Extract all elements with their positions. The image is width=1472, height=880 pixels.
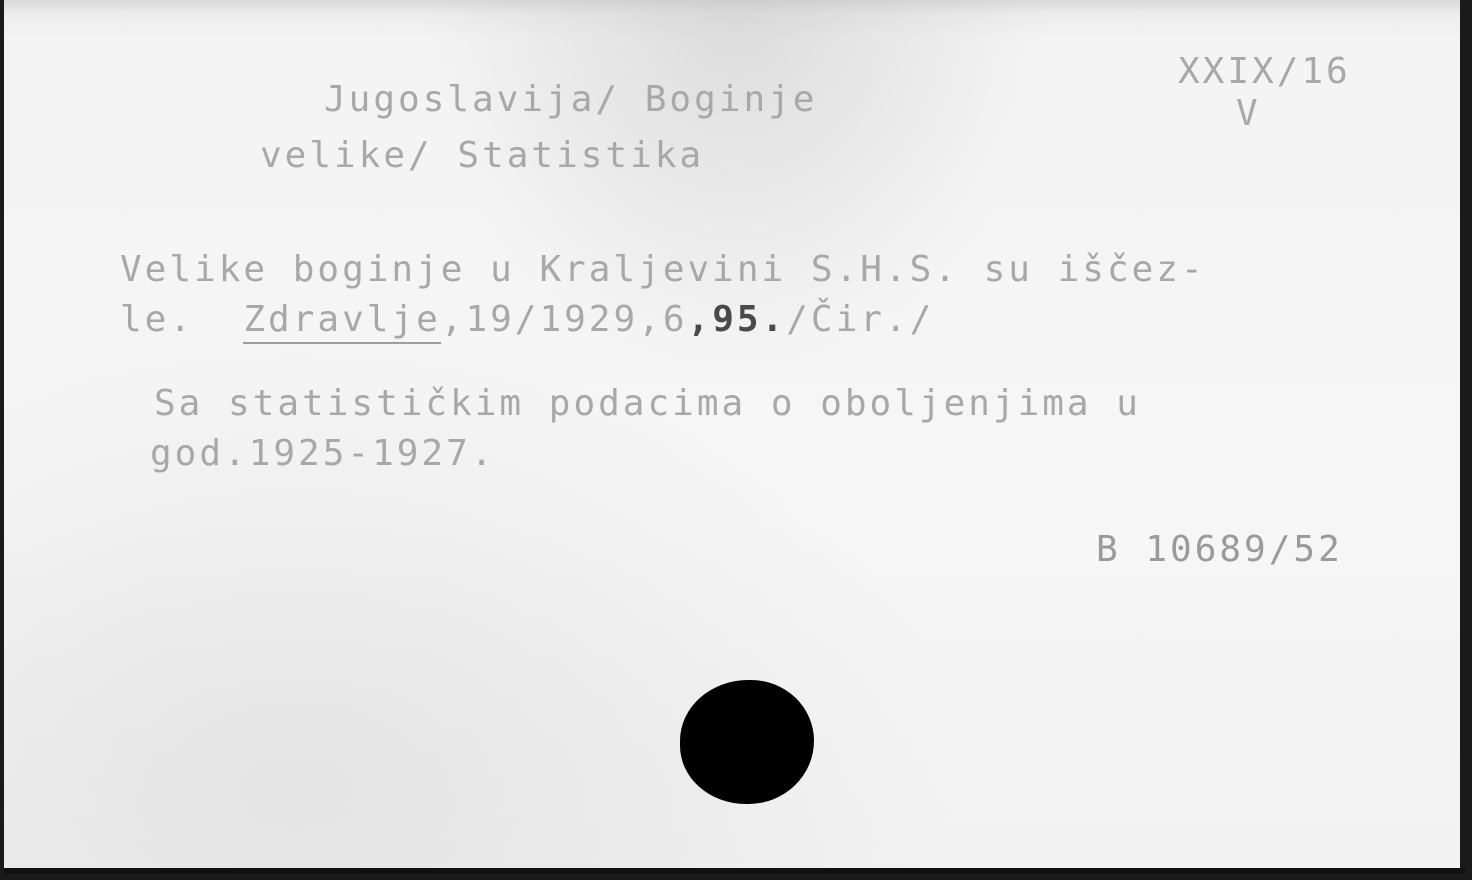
subject-heading-line1: Jugoslavija/ Boginje — [324, 82, 817, 118]
entry-citation-line: le. Zdravlje,19/1929,6,95./Čir./ — [120, 302, 934, 338]
annotation-line1: Sa statističkim podacima o oboljenjima u — [154, 386, 1141, 422]
source-journal: Zdravlje — [243, 299, 440, 344]
classification-suffix: V — [1236, 96, 1261, 132]
annotation-line2: god.1925-1927. — [150, 436, 495, 472]
catalog-card: Jugoslavija/ Boginje velike/ Statistika … — [4, 0, 1466, 874]
source-pages: ,95. — [688, 299, 787, 340]
classification-number: XXIX/16 — [1178, 54, 1351, 90]
accession-number: B 10689/52 — [1096, 532, 1343, 568]
subject-heading-line2: velike/ Statistika — [260, 138, 704, 174]
script-note: /Čir./ — [786, 299, 934, 340]
entry-title-line1: Velike boginje u Kraljevini S.H.S. su iš… — [120, 252, 1206, 288]
entry-title-end: le. — [120, 299, 243, 340]
source-volume-year: ,19/1929,6 — [441, 299, 688, 340]
card-edge-shadow — [1460, 0, 1466, 874]
punch-hole — [680, 680, 814, 804]
